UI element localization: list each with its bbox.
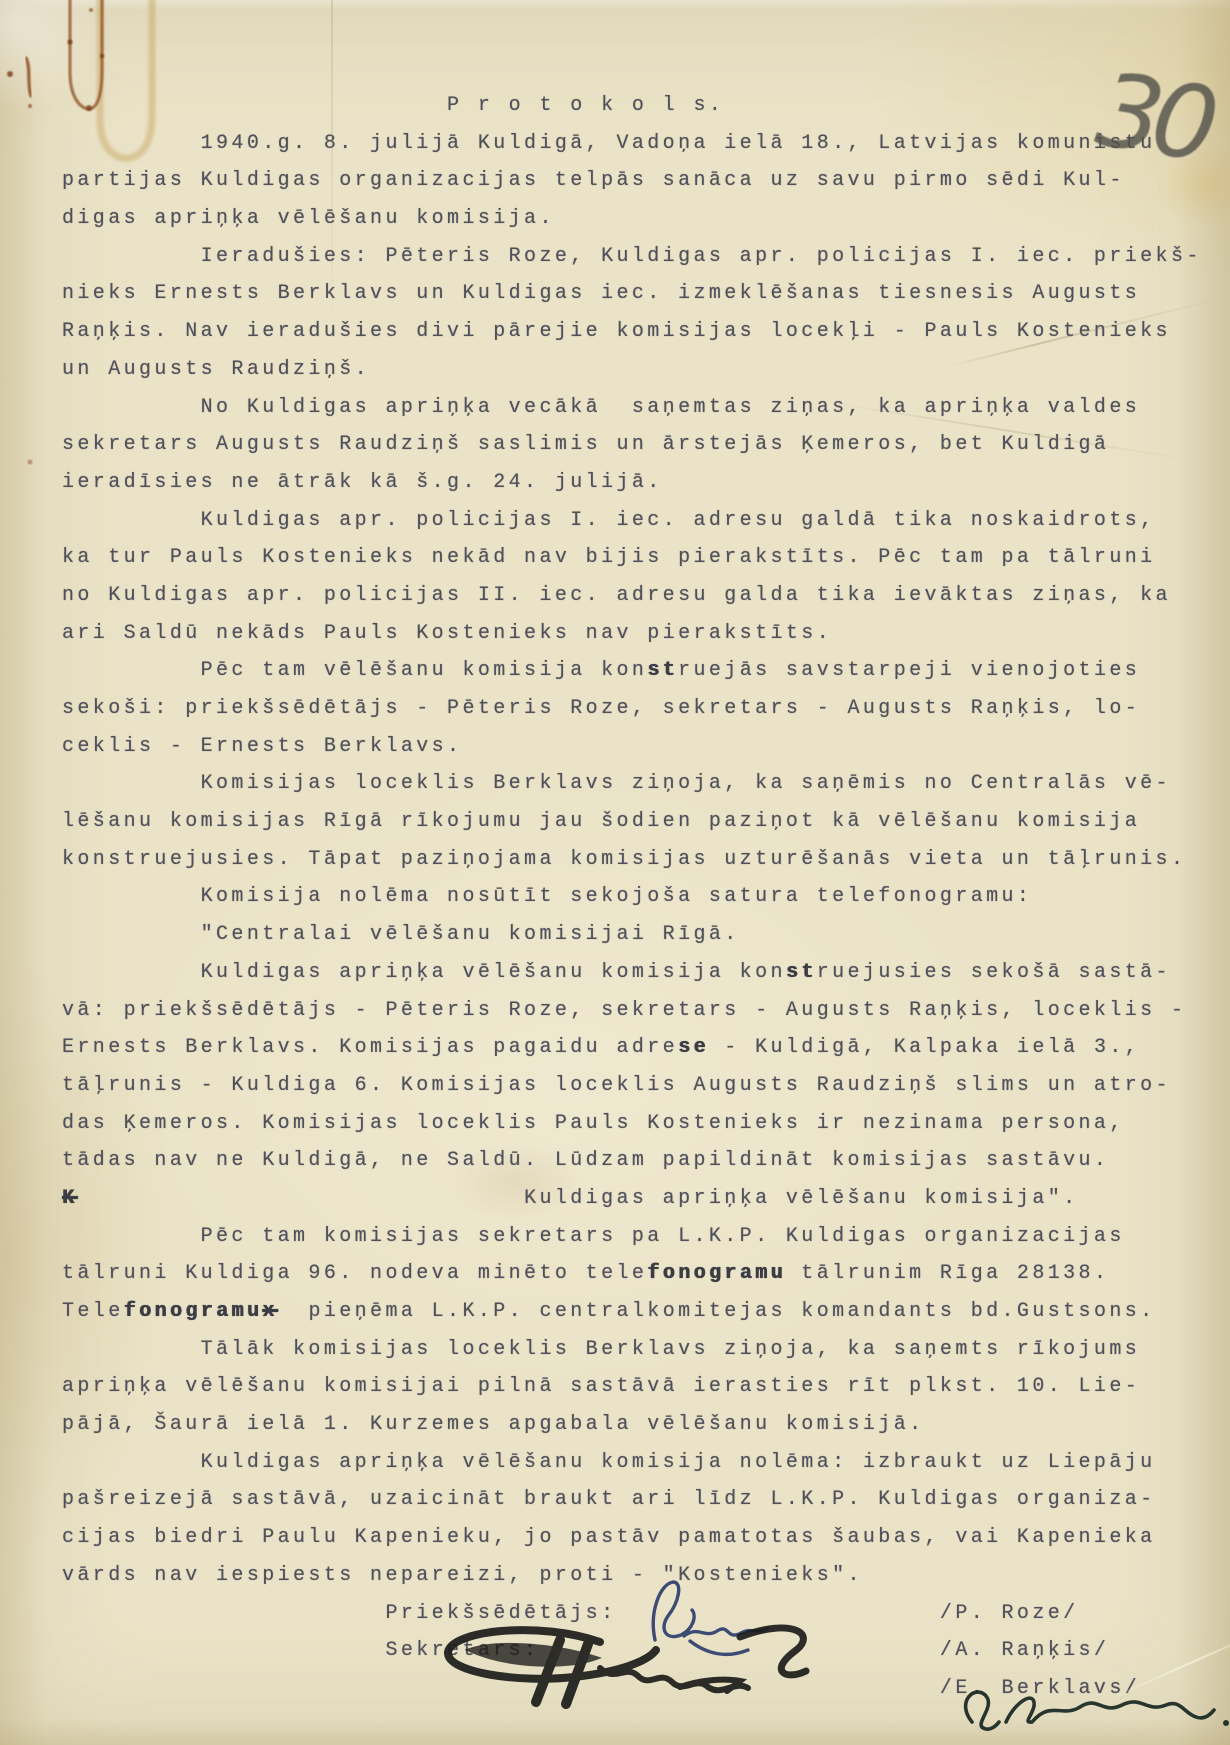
typed-text: vā: priekšsēdētājs - Pēteris Roze, sekre… — [62, 999, 1186, 1022]
typed-text: Tele — [62, 1300, 124, 1323]
typed-text: Pēc tam komisijas sekretars pa L.K.P. Ku… — [62, 1225, 1125, 1248]
typed-text: ieradīsies ne ātrāk kā š.g. 24. julijā. — [62, 471, 663, 494]
text-line: K Kuldigas apriņķa vēlēšanu komisija". — [62, 1180, 1202, 1218]
text-line: ka tur Pauls Kostenieks nekād nav bijis … — [62, 539, 1202, 577]
text-line: Ernests Berklavs. Komisijas pagaidu adre… — [62, 1029, 1202, 1067]
typed-text: Raņķis. Nav ieradušies divi pārejie komi… — [62, 320, 1171, 343]
text-line: Kuldigas apriņķa vēlēšanu komisija konst… — [62, 954, 1202, 992]
typed-text: ruejās savstarpeji vienojoties — [678, 659, 1140, 682]
text-line: Kuldigas apriņķa vēlēšanu komisija nolēm… — [62, 1444, 1202, 1482]
typed-text: no Kuldigas apr. policijas II. iec. adre… — [62, 584, 1171, 607]
typed-text: Ernests Berklavs. Komisijas pagaidu adre — [62, 1036, 678, 1059]
typed-text: pieņēma L.K.P. centralkomitejas komandan… — [278, 1300, 1156, 1323]
typed-text: konstruejusies. Tāpat paziņojama komisij… — [62, 848, 1186, 871]
typed-text: digas apriņķa vēlēšanu komisija. — [62, 207, 555, 230]
typed-text: ari Saldū nekāds Pauls Kostenieks nav pi… — [62, 622, 832, 645]
typed-text: tālruni Kuldiga 96. nodeva minēto tele — [62, 1262, 647, 1285]
typed-text: un Augusts Raudziņš. — [62, 358, 370, 381]
text-line: ceklis - Ernests Berklavs. — [62, 728, 1202, 766]
typed-text: vārds nav iespiests nepareizi, proti - "… — [62, 1564, 863, 1587]
text-line: Pēc tam vēlēšanu komisija konstruejās sa… — [62, 652, 1202, 690]
text-line: 1940.g. 8. julijā Kuldigā, Vadoņa ielā 1… — [62, 125, 1202, 163]
text-line: vārds nav iespiests nepareizi, proti - "… — [62, 1557, 1202, 1595]
text-line: Telefonogramux pieņēma L.K.P. centralkom… — [62, 1293, 1202, 1331]
typed-text: Komisija nolēma nosūtīt sekojoša satura … — [62, 885, 1032, 908]
text-line: partijas Kuldigas organizacijas telpās s… — [62, 162, 1202, 200]
text-line: nieks Ernests Berklavs un Kuldigas iec. … — [62, 275, 1202, 313]
typed-text: Pēc tam vēlēšanu komisija kon — [62, 659, 647, 682]
text-line: no Kuldigas apr. policijas II. iec. adre… — [62, 577, 1202, 615]
text-line: tādas nav ne Kuldigā, ne Saldū. Lūdzam p… — [62, 1142, 1202, 1180]
typed-text: Kuldigas apriņķa vēlēšanu komisija nolēm… — [62, 1451, 1156, 1474]
typed-text: Kuldigas apr. policijas I. iec. adresu g… — [62, 509, 1156, 532]
typed-text: das Ķemeros. Komisijas loceklis Pauls Ko… — [62, 1112, 1125, 1135]
struck-overtype-text: K — [62, 1187, 77, 1210]
signature-line: /E. Berklavs/ — [62, 1670, 1202, 1708]
typed-text: pašreizejā sastāvā, uzaicināt braukt ari… — [62, 1488, 1156, 1511]
text-line: Kuldigas apr. policijas I. iec. adresu g… — [62, 502, 1202, 540]
typed-text: apriņķa vēlēšanu komisijai pilnā sastāvā… — [62, 1375, 1140, 1398]
text-line: un Augusts Raudziņš. — [62, 351, 1202, 389]
overstrike-text: se — [678, 1036, 709, 1059]
text-line: sekoši: priekšsēdētājs - Pēteris Roze, s… — [62, 690, 1202, 728]
text-line: Ieradušies: Pēteris Roze, Kuldigas apr. … — [62, 238, 1202, 276]
typed-text: tāļrunis - Kuldiga 6. Komisijas loceklis… — [62, 1074, 1171, 1097]
typed-text: 1940.g. 8. julijā Kuldigā, Vadoņa ielā 1… — [62, 132, 1156, 155]
typed-text: P r o t o k o l s. — [62, 94, 724, 117]
text-line: lēšanu komisijas Rīgā rīkojumu jau šodie… — [62, 803, 1202, 841]
typed-text: Kuldigas apriņķa vēlēšanu komisija". — [77, 1187, 1078, 1210]
typed-text: Sekretars: /A. Raņķis/ — [62, 1639, 1109, 1662]
typed-text: Tālāk komisijas loceklis Berklavs ziņoja… — [62, 1338, 1140, 1361]
text-line: "Centralai vēlēšanu komisijai Rīgā. — [62, 916, 1202, 954]
text-line: Raņķis. Nav ieradušies divi pārejie komi… — [62, 313, 1202, 351]
overstrike-text: fonogramu — [124, 1300, 263, 1323]
text-line: No Kuldigas apriņķa vecākā saņemtas ziņa… — [62, 389, 1202, 427]
text-line: vā: priekšsēdētājs - Pēteris Roze, sekre… — [62, 992, 1202, 1030]
text-line: tālruni Kuldiga 96. nodeva minēto telefo… — [62, 1255, 1202, 1293]
document-page: P r o t o k o l s. 1940.g. 8. julijā Kul… — [0, 0, 1230, 1745]
text-line: tāļrunis - Kuldiga 6. Komisijas loceklis… — [62, 1067, 1202, 1105]
document-title: P r o t o k o l s. — [62, 87, 1202, 125]
typed-text: cijas biedri Paulu Kapenieku, jo pastāv … — [62, 1526, 1156, 1549]
text-line: cijas biedri Paulu Kapenieku, jo pastāv … — [62, 1519, 1202, 1557]
signature-line: Priekšsēdētājs: /P. Roze/ — [62, 1595, 1202, 1633]
text-line: pašreizejā sastāvā, uzaicināt braukt ari… — [62, 1481, 1202, 1519]
overstrike-text: fonogramu — [647, 1262, 786, 1285]
text-line: apriņķa vēlēšanu komisijai pilnā sastāvā… — [62, 1368, 1202, 1406]
overstrike-text: st — [647, 659, 678, 682]
text-line: digas apriņķa vēlēšanu komisija. — [62, 200, 1202, 238]
typed-text: tādas nav ne Kuldigā, ne Saldū. Lūdzam p… — [62, 1149, 1109, 1172]
typed-text: Kuldigas apriņķa vēlēšanu komisija kon — [62, 961, 786, 984]
text-line: Pēc tam komisijas sekretars pa L.K.P. Ku… — [62, 1218, 1202, 1256]
text-line: Tālāk komisijas loceklis Berklavs ziņoja… — [62, 1331, 1202, 1369]
typed-text: sekretars Augusts Raudziņš saslimis un ā… — [62, 433, 1109, 456]
text-line: Komisijas loceklis Berklavs ziņoja, ka s… — [62, 765, 1202, 803]
text-line: konstruejusies. Tāpat paziņojama komisij… — [62, 841, 1202, 879]
typed-text: partijas Kuldigas organizacijas telpās s… — [62, 169, 1125, 192]
overstrike-text: st — [786, 961, 817, 984]
struck-overtype-text: x — [262, 1300, 277, 1323]
typed-text: ruejusies sekošā sastā- — [817, 961, 1171, 984]
typed-text: Komisijas loceklis Berklavs ziņoja, ka s… — [62, 772, 1171, 795]
typed-text: sekoši: priekšsēdētājs - Pēteris Roze, s… — [62, 697, 1140, 720]
typed-text: tālrunim Rīga 28138. — [786, 1262, 1109, 1285]
signature-line: Sekretars: /A. Raņķis/ — [62, 1632, 1202, 1670]
text-line: ari Saldū nekāds Pauls Kostenieks nav pi… — [62, 615, 1202, 653]
text-line: ieradīsies ne ātrāk kā š.g. 24. julijā. — [62, 464, 1202, 502]
text-line: Komisija nolēma nosūtīt sekojoša satura … — [62, 878, 1202, 916]
typed-text: No Kuldigas apriņķa vecākā saņemtas ziņa… — [62, 396, 1140, 419]
typed-text: Ieradušies: Pēteris Roze, Kuldigas apr. … — [62, 245, 1202, 268]
typed-text: pājā, Šaurā ielā 1. Kurzemes apgabala vē… — [62, 1413, 925, 1436]
text-line: pājā, Šaurā ielā 1. Kurzemes apgabala vē… — [62, 1406, 1202, 1444]
typed-text: ceklis - Ernests Berklavs. — [62, 735, 462, 758]
pencil-page-number: 30 — [1089, 50, 1216, 185]
typed-text: "Centralai vēlēšanu komisijai Rīgā. — [62, 923, 740, 946]
document-text: P r o t o k o l s. 1940.g. 8. julijā Kul… — [62, 87, 1202, 1708]
typed-text: ka tur Pauls Kostenieks nekād nav bijis … — [62, 546, 1156, 569]
text-line: das Ķemeros. Komisijas loceklis Pauls Ko… — [62, 1105, 1202, 1143]
typed-text: /E. Berklavs/ — [62, 1677, 1140, 1700]
typed-text: nieks Ernests Berklavs un Kuldigas iec. … — [62, 282, 1140, 305]
typed-text: - Kuldigā, Kalpaka ielā 3., — [709, 1036, 1140, 1059]
text-line: sekretars Augusts Raudziņš saslimis un ā… — [62, 426, 1202, 464]
typed-text: Priekšsēdētājs: /P. Roze/ — [62, 1602, 1079, 1625]
typed-text: lēšanu komisijas Rīgā rīkojumu jau šodie… — [62, 810, 1140, 833]
